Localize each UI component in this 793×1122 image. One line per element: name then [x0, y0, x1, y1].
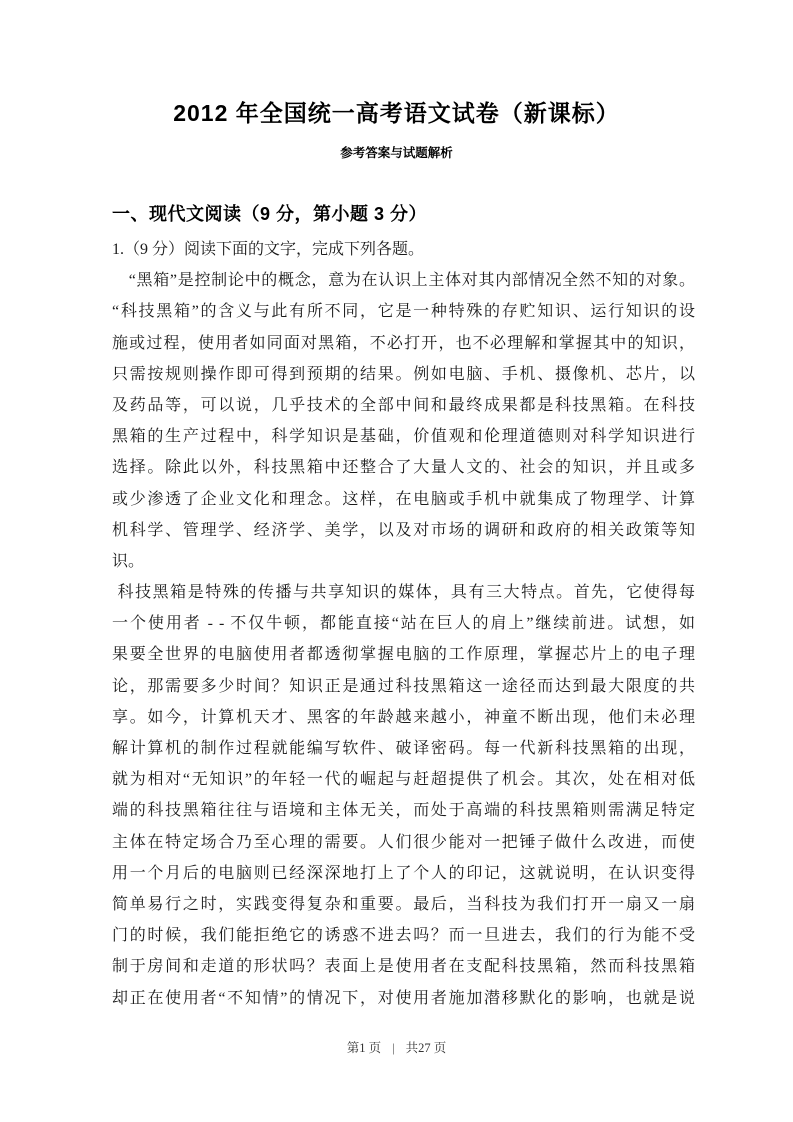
- document-subtitle: 参考答案与试题解析: [0, 145, 793, 162]
- passage-line: 却正在使用者“不知情”的情况下，对使用者施加潜移默化的影响，也就是说: [112, 983, 695, 1014]
- footer-total-pages: 共27 页: [406, 1041, 447, 1055]
- passage-line: 一个使用者 - - 不仅牛顿，都能直接“站在巨人的肩上”继续前进。试想，如: [112, 608, 695, 639]
- passage-line: 机科学、管理学、经济学、美学，以及对市场的调研和政府的相关政策等知: [112, 515, 695, 546]
- passage-line: 及药品等，可以说，几乎技术的全部中间和最终成果都是科技黑箱。在科技: [112, 390, 695, 421]
- question-intro: 1.（9 分）阅读下面的文字，完成下列各题。: [112, 234, 695, 265]
- passage-line: 黑箱的生产过程中，科学知识是基础，价值观和伦理道德则对科学知识进行: [112, 421, 695, 452]
- passage: “黑箱”是控制论中的概念，意为在认识上主体对其内部情况全然不知的对象。“科技黑箱…: [112, 265, 695, 1014]
- footer-page-number: 第1 页: [347, 1041, 381, 1055]
- passage-line: 果要全世界的电脑使用者都透彻掌握电脑的工作原理，掌握芯片上的电子理: [112, 639, 695, 670]
- passage-line: 享。如今，计算机天才、黑客的年龄越来越小，神童不断出现，他们未必理: [112, 702, 695, 733]
- passage-line: 或少渗透了企业文化和理念。这样，在电脑或手机中就集成了物理学、计算: [112, 484, 695, 515]
- passage-line: 识。: [112, 546, 695, 577]
- passage-line: 选择。除此以外，科技黑箱中还整合了大量人文的、社会的知识，并且或多: [112, 452, 695, 483]
- passage-line: 解计算机的制作过程就能编写软件、破译密码。每一代新科技黑箱的出现，: [112, 733, 695, 764]
- passage-line: “科技黑箱”的含义与此有所不同，它是一种特殊的存贮知识、运行知识的设: [112, 296, 695, 327]
- passage-line: 门的时候，我们能拒绝它的诱惑不进去吗？而一旦进去，我们的行为能不受: [112, 920, 695, 951]
- passage-line: 端的科技黑箱往往与语境和主体无关，而处于高端的科技黑箱则需满足特定: [112, 795, 695, 826]
- passage-line: 用一个月后的电脑则已经深深地打上了个人的印记，这就说明，在认识变得: [112, 858, 695, 889]
- document-page: 2012 年全国统一高考语文试卷（新课标） 参考答案与试题解析 一、现代文阅读（…: [0, 0, 793, 1122]
- passage-line: 施或过程，使用者如同面对黑箱，不必打开，也不必理解和掌握其中的知识，: [112, 328, 695, 359]
- document-title: 2012 年全国统一高考语文试卷（新课标）: [0, 0, 793, 129]
- page-footer: 第1 页|共27 页: [0, 1038, 793, 1056]
- section-heading: 一、现代文阅读（9 分，第小题 3 分）: [112, 202, 695, 226]
- passage-line: 就为相对“无知识”的年轻一代的崛起与赶超提供了机会。其次，处在相对低: [112, 764, 695, 795]
- passage-line: 简单易行之时，实践变得复杂和重要。最后，当科技为我们打开一扇又一扇: [112, 889, 695, 920]
- footer-separator: |: [392, 1041, 395, 1056]
- passage-line: 只需按规则操作即可得到预期的结果。例如电脑、手机、摄像机、芯片，以: [112, 359, 695, 390]
- passage-line: 论，那需要多少时间？知识正是通过科技黑箱这一途径而达到最大限度的共: [112, 671, 695, 702]
- document-body: 一、现代文阅读（9 分，第小题 3 分） 1.（9 分）阅读下面的文字，完成下列…: [0, 202, 793, 1014]
- passage-line: 制于房间和走道的形状吗？表面上是使用者在支配科技黑箱，然而科技黑箱: [112, 951, 695, 982]
- passage-line: 主体在特定场合乃至心理的需要。人们很少能对一把锤子做什么改进，而使: [112, 827, 695, 858]
- passage-line: 科技黑箱是特殊的传播与共享知识的媒体，具有三大特点。首先，它使得每: [112, 577, 695, 608]
- passage-line: “黑箱”是控制论中的概念，意为在认识上主体对其内部情况全然不知的对象。: [112, 265, 695, 296]
